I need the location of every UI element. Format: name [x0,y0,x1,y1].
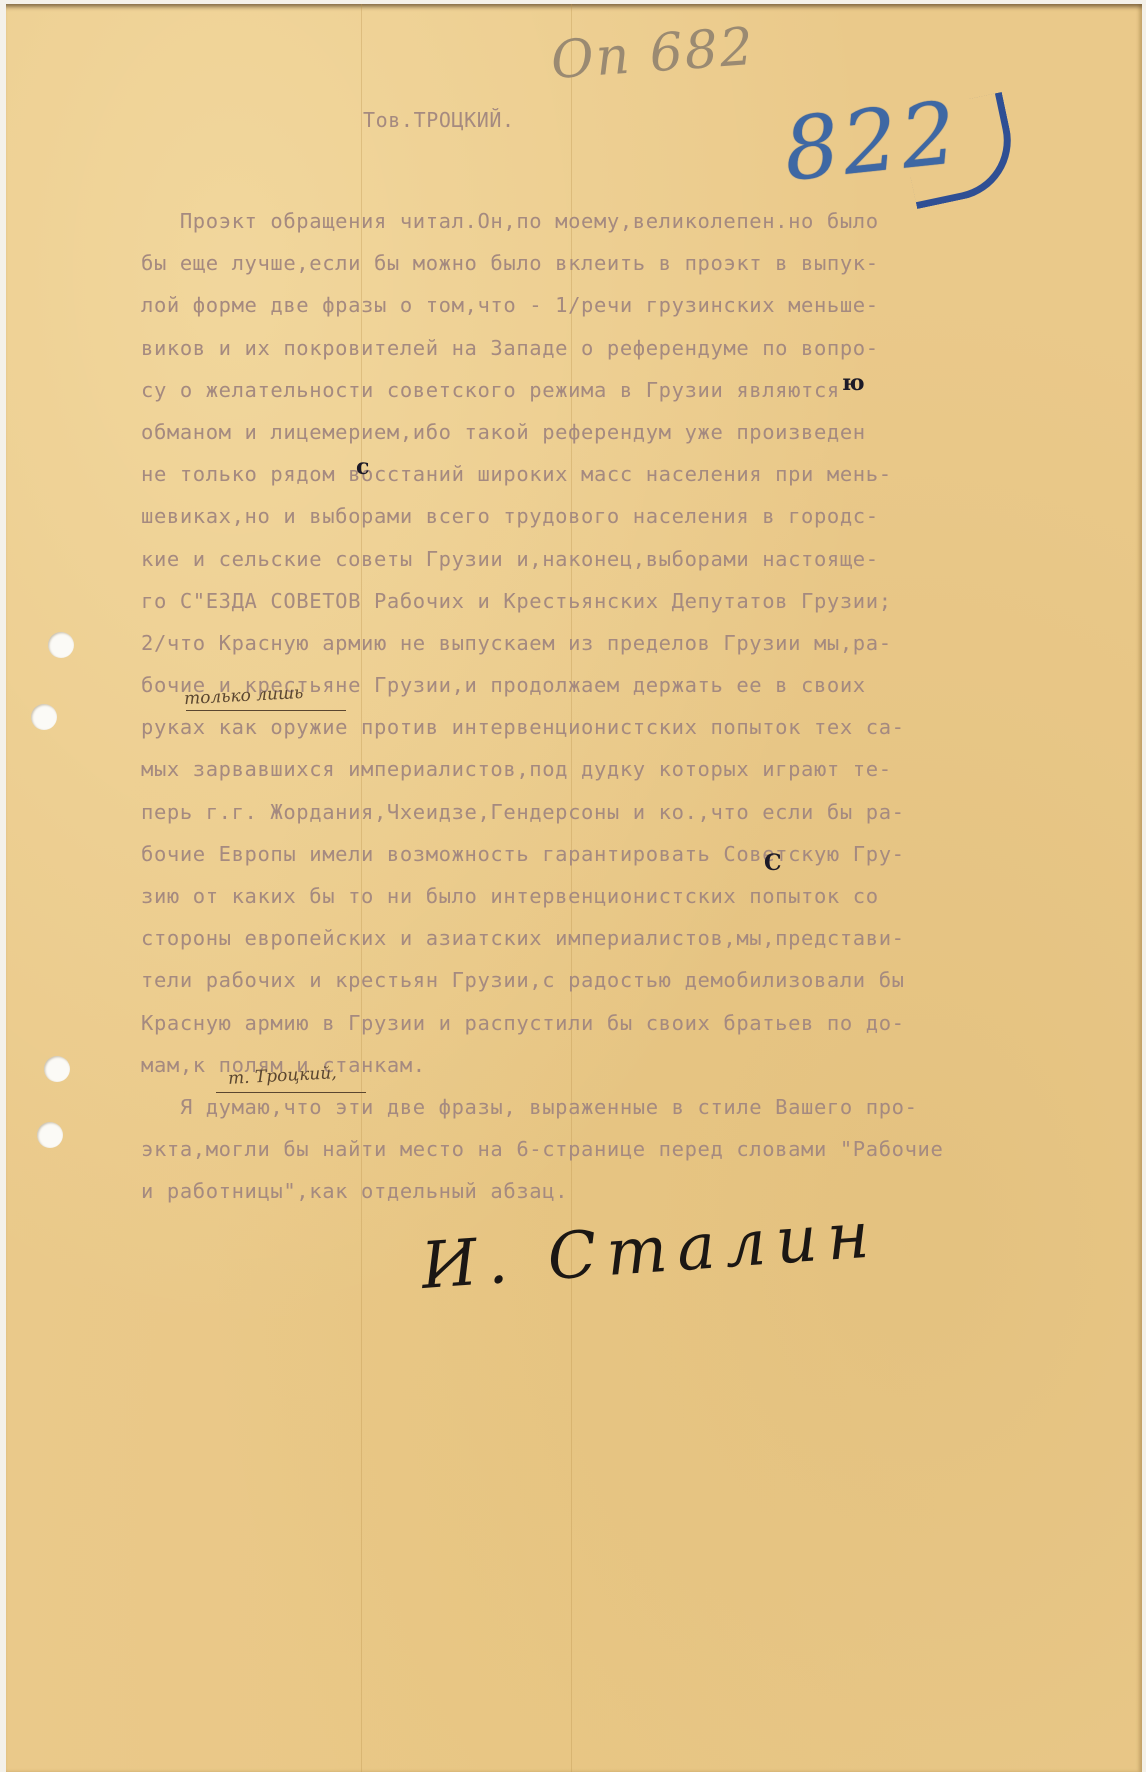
body-line: обманом и лицемерием,ибо такой референду… [141,411,1001,453]
insertion-underline [186,710,346,711]
body-line: кие и сельские советы Грузии и,наконец,в… [141,538,1001,580]
ink-correction: с [356,454,369,480]
salutation: Тов.ТРОЦКИЙ. [363,108,515,132]
letter-body: Проэкт обращения читал.Он,по моему,велик… [141,200,1001,1213]
ink-correction: ю [842,370,865,396]
punch-hole [44,1056,70,1082]
body-line: виков и их покровителей на Западе о рефе… [141,327,1001,369]
body-line: су о желательности советского режима в Г… [141,369,1001,411]
body-line: экта,могли бы найти место на 6-странице … [141,1128,1001,1170]
body-line: го С"ЕЗДА СОВЕТОВ Рабочих и Крестьянских… [141,580,1001,622]
body-line: зию от каких бы то ни было интервенциони… [141,875,1001,917]
document-page: Оп 682 822 Тов.ТРОЦКИЙ. Проэкт обращения… [6,4,1142,1772]
punch-hole [48,632,74,658]
body-line: бы еще лучше,если бы можно было вклеить … [141,242,1001,284]
punch-hole [31,704,57,730]
body-line: лой форме две фразы о том,что - 1/речи г… [141,284,1001,326]
body-line: 2/что Красную армию не выпускаем из пред… [141,622,1001,664]
blue-pencil-swash [897,92,1022,209]
body-line: Красную армию в Грузии и распустили бы с… [141,1002,1001,1044]
body-line: стороны европейских и азиатских империал… [141,917,1001,959]
body-line: бочие Европы имели возможность гарантиро… [141,833,1001,875]
ink-correction: С [764,850,782,876]
body-line: руках как оружие против интервенционистс… [141,706,1001,748]
insertion-underline [216,1092,366,1093]
body-line: Проэкт обращения читал.Он,по моему,велик… [141,200,1001,242]
body-line: не только рядом восстаний широких масс н… [141,453,1001,495]
body-line: тели рабочих и крестьян Грузии,с радость… [141,959,1001,1001]
body-line: перь г.г. Жордания,Чхеидзе,Гендерсоны и … [141,791,1001,833]
body-line: шевиках,но и выборами всего трудового на… [141,495,1001,537]
signature: И. Сталин [419,1198,881,1304]
punch-hole [37,1122,63,1148]
archive-pencil-reference: Оп 682 [549,17,757,91]
body-line: мых зарвавшихся империалистов,под дудку … [141,748,1001,790]
